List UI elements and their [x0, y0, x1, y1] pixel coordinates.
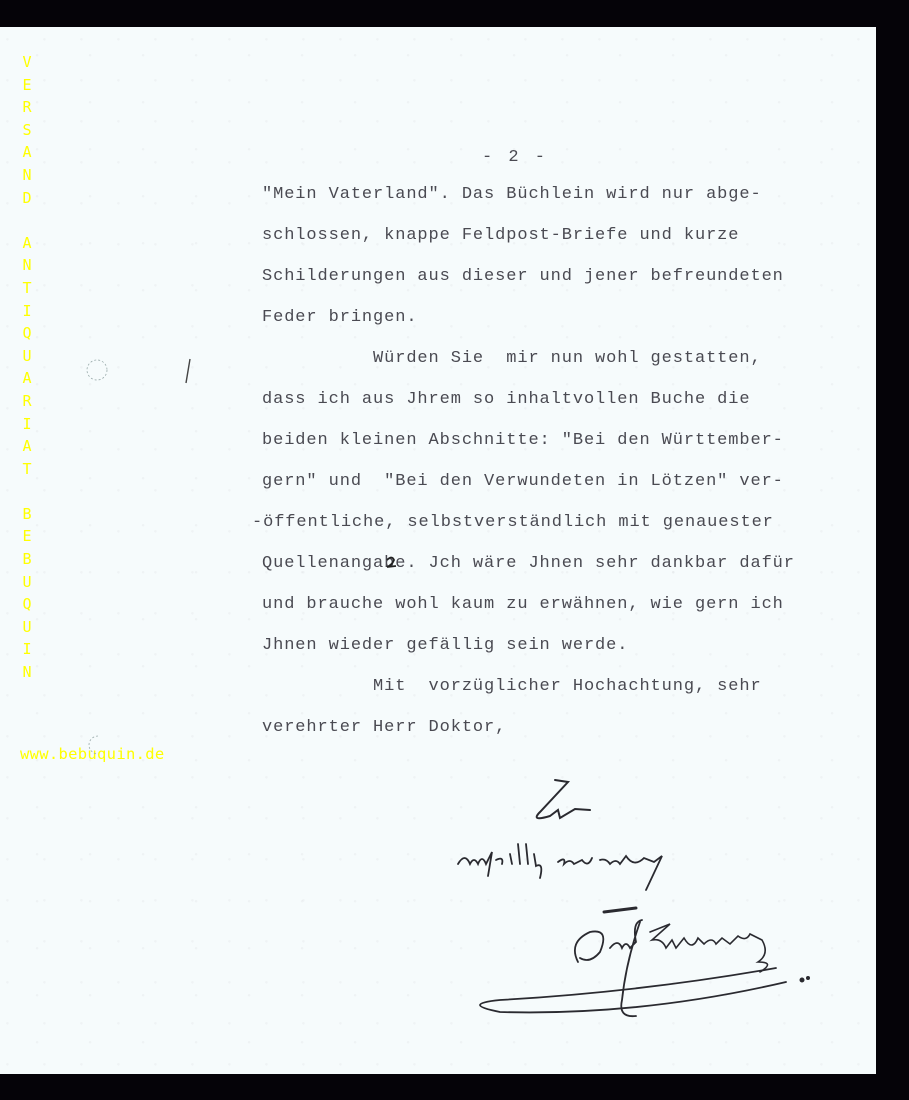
watermark-letter: E	[20, 74, 34, 97]
watermark-letter: V	[20, 51, 34, 74]
watermark-letter: U	[20, 616, 34, 639]
punch-hole-mark	[82, 355, 112, 385]
letter-line: und brauche wohl kaum zu erwähnen, wie g…	[262, 595, 784, 614]
watermark-letter: N	[20, 164, 34, 187]
watermark-letter: A	[20, 141, 34, 164]
letter-line: Quellenangabe. Jch wäre Jhnen sehr dankb…	[262, 554, 795, 573]
watermark-letter: A	[20, 232, 34, 255]
watermark-letter: B	[20, 503, 34, 526]
letter-line: Mit vorzüglicher Hochachtung, sehr	[262, 677, 762, 696]
watermark-letter: T	[20, 277, 34, 300]
watermark-letter: T	[20, 458, 34, 481]
watermark-letter: A	[20, 435, 34, 458]
watermark-letter: I	[20, 638, 34, 661]
letter-line: "Mein Vaterland". Das Büchlein wird nur …	[262, 185, 762, 204]
letter-line: gern" und "Bei den Verwundeten in Lötzen…	[262, 472, 784, 491]
watermark-letter: D	[20, 187, 34, 210]
letter-line: beiden kleinen Abschnitte: "Bei den Würt…	[262, 431, 784, 450]
punch-hole-mark	[84, 733, 104, 759]
watermark-letter: S	[20, 119, 34, 142]
watermark-letter: Q	[20, 322, 34, 345]
handwritten-insert-mark	[384, 555, 400, 571]
letter-page: VERSANDANTIQUARIATBEBUQUIN www.bebuquin.…	[0, 27, 876, 1074]
letter-line: schlossen, knappe Feldpost-Briefe und ku…	[262, 226, 739, 245]
letter-line: dass ich aus Jhrem so inhaltvollen Buche…	[262, 390, 750, 409]
watermark-letter: B	[20, 548, 34, 571]
handwritten-signature	[440, 772, 840, 1032]
watermark-letter: N	[20, 661, 34, 684]
watermark-letter: U	[20, 345, 34, 368]
letter-line: -öffentliche, selbstverständlich mit gen…	[252, 513, 774, 532]
letter-line: Jhnen wieder gefällig sein werde.	[262, 636, 628, 655]
watermark-letter	[20, 480, 34, 503]
watermark-letter: Q	[20, 593, 34, 616]
watermark-letter: A	[20, 367, 34, 390]
pencil-stroke-mark	[182, 357, 194, 387]
letter-line: Feder bringen.	[262, 308, 417, 327]
watermark-letter: N	[20, 254, 34, 277]
watermark-letter	[20, 209, 34, 232]
watermark-letter: R	[20, 390, 34, 413]
watermark-letter: E	[20, 525, 34, 548]
watermark-letter: I	[20, 300, 34, 323]
watermark-vertical-text: VERSANDANTIQUARIATBEBUQUIN	[20, 51, 34, 684]
letter-line: Würden Sie mir nun wohl gestatten,	[262, 349, 762, 368]
letter-line: verehrter Herr Doktor,	[262, 718, 506, 737]
page-number: - 2 -	[482, 148, 548, 167]
watermark-letter: U	[20, 571, 34, 594]
letter-line: Schilderungen aus dieser und jener befre…	[262, 267, 784, 286]
watermark-letter: I	[20, 413, 34, 436]
watermark-letter: R	[20, 96, 34, 119]
